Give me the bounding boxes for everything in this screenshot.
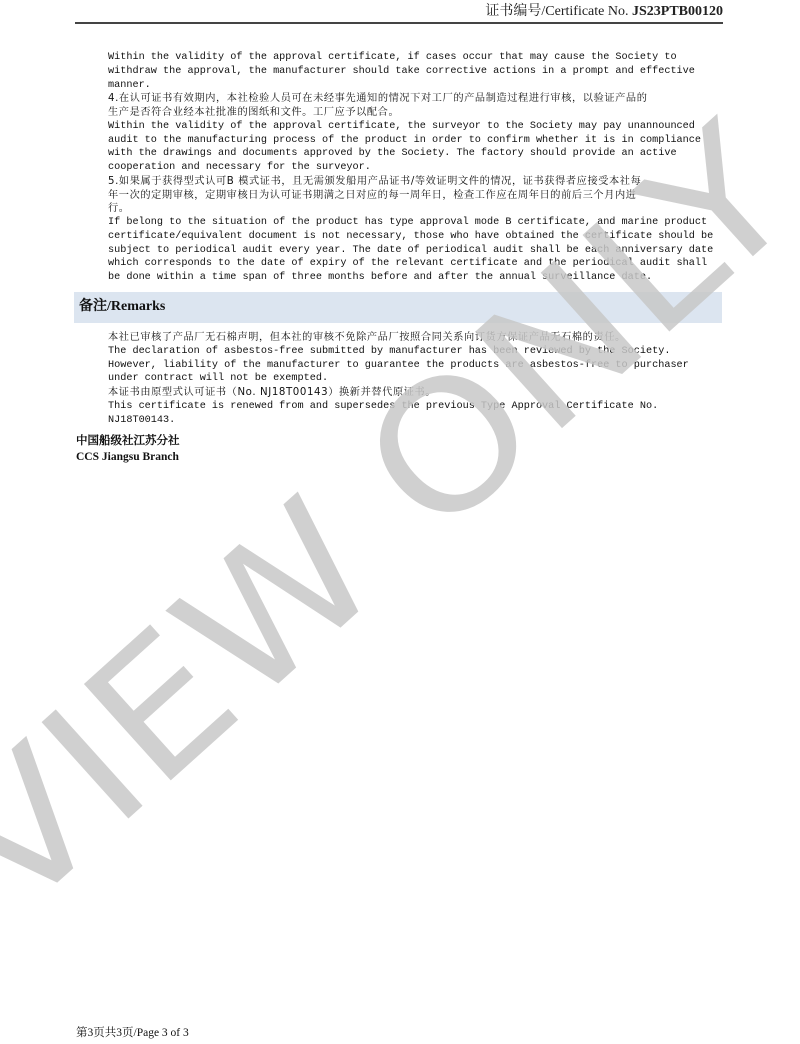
notes-line: withdraw the approval, the manufacturer … [108,65,718,79]
notes-line: 生产是否符合业经本社批准的图纸和文件。工厂应予以配合。 [108,106,718,120]
notes-line: If belong to the situation of the produc… [108,216,718,230]
notes-line: which corresponds to the date of expiry … [108,257,718,271]
notes-line: cooperation and necessary for the survey… [108,161,718,175]
remarks-line: 本证书由原型式认可证书（No. NJ18T00143）换新并替代原证书。 [108,386,718,400]
notes-line: 4.在认可证书有效期内，本社检验人员可在未经事先通知的情况下对工厂的产品制造过程… [108,92,718,106]
issuer-name-en: CCS Jiangsu Branch [76,450,180,466]
certificate-number: JS23PTB00120 [632,4,723,19]
notes-line: be done within a time span of three mont… [108,271,718,285]
issuer-name-zh: 中国船级社江苏分社 [76,434,180,450]
remarks-line: This certificate is renewed from and sup… [108,400,718,414]
notes-line: subject to periodical audit every year. … [108,244,718,258]
notes-line: audit to the manufacturing process of th… [108,134,718,148]
issuer-signature-block: 中国船级社江苏分社 CCS Jiangsu Branch [76,434,180,465]
notes-line: Within the validity of the approval cert… [108,51,718,65]
notes-line: certificate/equivalent document is not n… [108,230,718,244]
remarks-title: 备注/Remarks [79,298,165,316]
remarks-section-header: 备注/Remarks [74,292,722,323]
remarks-line: The declaration of asbestos-free submitt… [108,345,718,359]
remarks-line: However, liability of the manufacturer t… [108,359,718,373]
page-number: 第3页共3页/Page 3 of 3 [76,1026,189,1040]
notes-line: 5.如果属于获得型式认可B 模式证书，且无需颁发船用产品证书/等效证明文件的情况… [108,175,718,189]
remarks-line: NJ18T00143. [108,414,718,428]
notes-line: 年一次的定期审核，定期审核日为认可证书期满之日对应的每一周年日，检查工作应在周年… [108,189,718,203]
notes-line: with the drawings and documents approved… [108,147,718,161]
notes-line: Within the validity of the approval cert… [108,120,718,134]
remarks-text: 本社已审核了产品厂无石棉声明，但本社的审核不免除产品厂按照合同关系向订货方保证产… [108,331,718,427]
notes-line: manner. [108,79,718,93]
certificate-number-label: 证书编号/Certificate No. [485,4,632,19]
remarks-line: under contract will not be exempted. [108,372,718,386]
remarks-line: 本社已审核了产品厂无石棉声明，但本社的审核不免除产品厂按照合同关系向订货方保证产… [108,331,718,345]
notes-line: 行。 [108,202,718,216]
approval-conditions-text: Within the validity of the approval cert… [108,51,718,285]
certificate-header: 证书编号/Certificate No. JS23PTB00120 [75,3,723,24]
